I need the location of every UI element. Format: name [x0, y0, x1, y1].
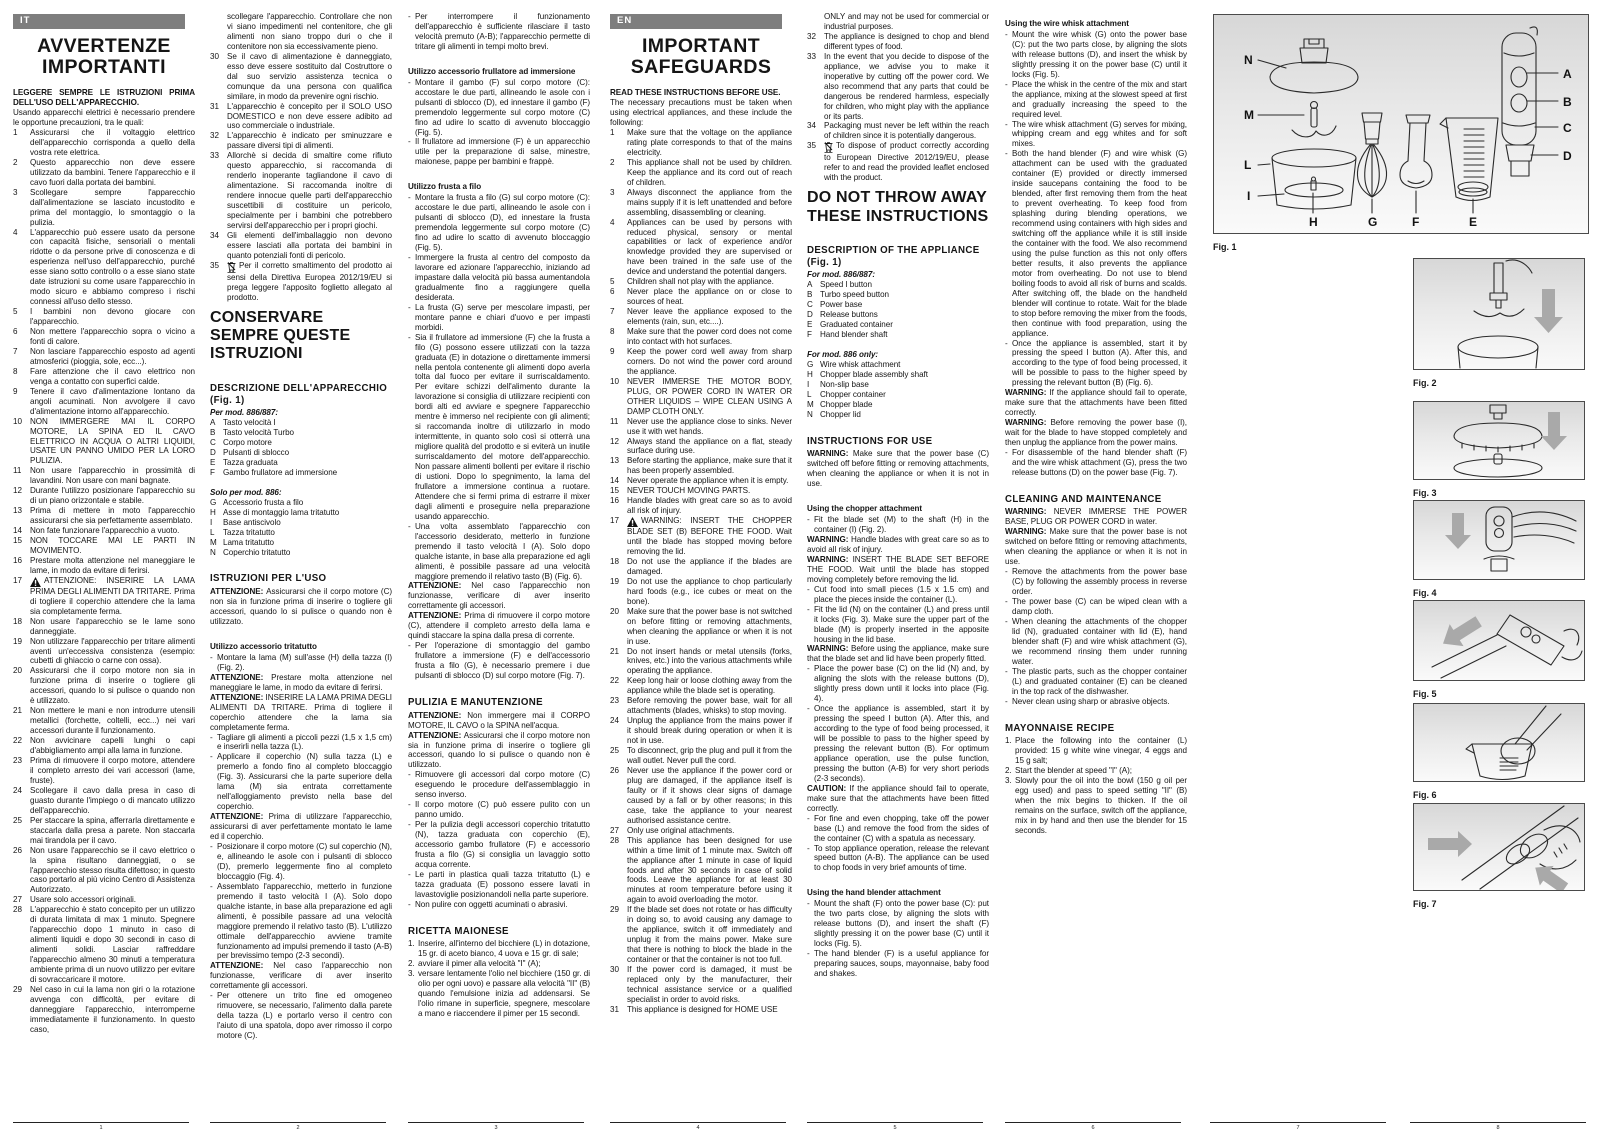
list-item: 32The appliance is designed to chop and … — [807, 32, 989, 52]
recipe-step: 3.versare lentamente l'olio nel bicchier… — [408, 969, 590, 1019]
item-number: 12 — [13, 486, 30, 506]
item-text: Do not use the appliance if the blades a… — [627, 557, 792, 577]
spacer — [210, 367, 392, 375]
legend-text: Tazza tritatutto — [223, 528, 392, 538]
list-item: 2This appliance shall not be used by chi… — [610, 158, 792, 188]
item-text: Assicurarsi che il corpo motore non sia … — [30, 666, 195, 706]
dash-marker: - — [1005, 667, 1012, 697]
item-number: 35 — [807, 141, 824, 183]
list-item: 27Usare solo accessori originali. — [13, 895, 195, 905]
item-text: Appliances can be used by persons with r… — [627, 218, 792, 278]
item-number: 28 — [13, 905, 30, 985]
list-item: -The wire whisk attachment (G) serves fo… — [1005, 120, 1187, 150]
legend-letter: H — [210, 508, 223, 518]
list-item: -Once the appliance is assembled, start … — [807, 704, 989, 784]
manual-page: { "footer": {"pages": ["1","2","3","4","… — [0, 0, 1600, 1143]
warning-paragraph: WARNING: Handle blades with great care s… — [807, 535, 989, 555]
section-heading: INSTRUCTIONS FOR USE — [807, 436, 989, 448]
item-text: This appliance has been designed for use… — [627, 836, 792, 906]
item-number: 27 — [13, 895, 30, 905]
list-item: 30Se il cavo di alimentazione è danneggi… — [210, 52, 392, 102]
legend-text: Tazza graduata — [223, 458, 392, 468]
list-item: 1Assicurarsi che il voltaggio elettrico … — [13, 128, 195, 158]
item-text: Packaging must never be left within the … — [824, 121, 989, 141]
item-number: 15 — [610, 486, 627, 496]
item-number: 11 — [610, 417, 627, 437]
figure-3-label: Fig. 3 — [1413, 488, 1583, 498]
dash-marker: - — [807, 814, 814, 844]
dash-marker: - — [807, 899, 814, 949]
list-item: 6Never place the appliance on or close t… — [610, 287, 792, 307]
legend-letter: A — [807, 280, 820, 290]
item-text: Before starting the appliance, make sure… — [627, 456, 792, 476]
list-item: 19Do not use the appliance to chop parti… — [610, 577, 792, 607]
dash-marker: - — [1005, 339, 1012, 389]
item-text: Applicare il coperchio (N) sulla tazza (… — [217, 752, 392, 812]
legend-text: Pulsanti di sblocco — [223, 448, 392, 458]
list-item: -The plastic parts, such as the chopper … — [1005, 667, 1187, 697]
legend-text: Corpo motore — [223, 438, 392, 448]
warning-paragraph: WARNING: NEVER IMMERSE THE POWER BASE, P… — [1005, 507, 1187, 527]
list-item: -The hand blender (F) is a useful applia… — [807, 949, 989, 979]
legend-text: Speed I button — [820, 280, 989, 290]
item-text: NEVER IMMERSE THE MOTOR BODY, PLUG, OR P… — [627, 377, 792, 417]
list-item: 4Appliances can be used by persons with … — [610, 218, 792, 278]
legend-item: INon-slip base — [807, 380, 989, 390]
dash-marker: - — [210, 653, 217, 673]
warning-paragraph: WARNING: Before using the appliance, mak… — [807, 644, 989, 664]
item-text: For disassemble of the hand blender shaf… — [1012, 448, 1187, 478]
item-text: NON TOCCARE MAI LE PARTI IN MOVIMENTO. — [30, 536, 195, 556]
figure-1-diagram: N M L I H G F E A B C D — [1213, 14, 1589, 234]
figure-7: Fig. 7 — [1413, 803, 1583, 909]
item-text: L'apparecchio può essere usato da person… — [30, 228, 195, 308]
warning-lead: WARNING: — [807, 535, 851, 544]
warning-paragraph: WARNING: Make sure that the power base i… — [1005, 527, 1187, 567]
item-text: Scollegare il cavo dalla presa in caso d… — [30, 786, 195, 816]
list-item: 17WARNING: INSERT THE CHOPPER BLADE SET … — [610, 516, 792, 557]
item-text: Allorchè si decida di smaltire come rifi… — [227, 151, 392, 231]
legend-text: Turbo speed button — [820, 290, 989, 300]
legend-letter: L — [210, 528, 223, 538]
item-text: Place the whisk in the centre of the mix… — [1012, 80, 1187, 120]
item-text: Le parti in plastica quali tazza tritatu… — [415, 870, 590, 900]
list-item: 14Never operate the appliance when it is… — [610, 476, 792, 486]
list-item: 12Always stand the appliance on a flat, … — [610, 437, 792, 457]
legend-letter: B — [807, 290, 820, 300]
item-number: 4 — [13, 228, 30, 308]
warning-lead: ATTENZIONE: — [408, 711, 467, 720]
part-label-I: I — [1247, 189, 1250, 203]
dash-marker: - — [1005, 120, 1012, 150]
list-item: -Montare la lama (M) sull'asse (H) della… — [210, 653, 392, 673]
legend-letter: G — [807, 360, 820, 370]
list-item: -Sia il frullatore ad immersione (F) che… — [408, 333, 590, 522]
item-number: 21 — [610, 647, 627, 677]
item-text: Place the power base (C) on the lid (N) … — [814, 664, 989, 704]
list-item: 11Never use the appliance close to sinks… — [610, 417, 792, 437]
subsection-heading: Using the hand blender attachment — [807, 888, 989, 898]
warning-lead: ATTENZIONE: — [210, 812, 269, 821]
page-number: 2 — [210, 1122, 386, 1131]
item-text: Per staccare la spina, afferrarla dirett… — [30, 816, 195, 846]
list-item: 1Make sure that the voltage on the appli… — [610, 128, 792, 158]
item-text: L'apparecchio è stato concepito per un u… — [30, 905, 195, 985]
list-item: -Mount the shaft (F) onto the power base… — [807, 899, 989, 949]
list-item: 9Keep the power cord well away from shar… — [610, 347, 792, 377]
item-text: Never leave the appliance exposed to the… — [627, 307, 792, 327]
item-number: 35 — [210, 261, 227, 303]
legend-item: IBase antiscivolo — [210, 518, 392, 528]
item-text: Assicurarsi che il voltaggio elettrico d… — [30, 128, 195, 158]
legend-item: BTurbo speed button — [807, 290, 989, 300]
main-title: DO NOT THROW AWAY THESE INSTRUCTIONS — [807, 189, 989, 226]
legend-letter: M — [807, 400, 820, 410]
list-item: -Place the power base (C) on the lid (N)… — [807, 664, 989, 704]
item-number: 32 — [210, 131, 227, 151]
legend-item: MChopper blade — [807, 400, 989, 410]
list-item: -Una volta assemblato l'apparecchio con … — [408, 522, 590, 582]
warning-lead: WARNING: — [1005, 418, 1050, 427]
legend-item: FGambo frullatore ad immersione — [210, 468, 392, 478]
legend-item: EGraduated container — [807, 320, 989, 330]
warning-lead: WARNING: — [1005, 507, 1054, 516]
warning-paragraph: ATTENZIONE: Assicurarsi che il corpo mot… — [408, 731, 590, 771]
item-text: Immergere la frusta al centro del compos… — [415, 253, 590, 303]
legend-letter: D — [807, 310, 820, 320]
item-text: The plastic parts, such as the chopper c… — [1012, 667, 1187, 697]
warning-paragraph: ATTENZIONE: Prima di utilizzare l'appare… — [210, 812, 392, 842]
list-item: 15NON TOCCARE MAI LE PARTI IN MOVIMENTO. — [13, 536, 195, 556]
item-text: L'apparecchio è indicato per sminuzzare … — [227, 131, 392, 151]
item-number: 8 — [610, 327, 627, 347]
legend-letter: I — [210, 518, 223, 528]
item-number: 19 — [13, 637, 30, 667]
continuation-paragraph: scollegare l'apparecchio. Controllare ch… — [210, 12, 392, 52]
legend-item: BTasto velocità Turbo — [210, 428, 392, 438]
legend-text: Gambo frullatore ad immersione — [223, 468, 392, 478]
item-text: Il frullatore ad immersione (F) è un app… — [415, 137, 590, 167]
item-text: Non avvicinare capelli lunghi o capi d'a… — [30, 736, 195, 756]
item-number: 33 — [210, 151, 227, 231]
list-item: -To stop appliance operation, release th… — [807, 844, 989, 874]
item-text: Montare la lama (M) sull'asse (H) della … — [217, 653, 392, 673]
item-number: 9 — [13, 387, 30, 417]
item-text: Only use original attachments. — [627, 826, 792, 836]
item-text: When cleaning the attachments of the cho… — [1012, 617, 1187, 667]
list-item: -Fit the blade set (M) to the shaft (H) … — [807, 515, 989, 535]
item-text: Before removing the power base, wait for… — [627, 696, 792, 716]
item-number: 31 — [210, 102, 227, 132]
item-text: Unplug the appliance from the mains powe… — [627, 716, 792, 746]
item-text: Never use the appliance if the power cor… — [627, 766, 792, 826]
item-text: Prestare molta attenzione nel maneggiare… — [30, 556, 195, 576]
legend-item: DRelease buttons — [807, 310, 989, 320]
item-number: 10 — [610, 377, 627, 417]
dash-marker: - — [408, 12, 415, 52]
dash-marker: - — [210, 752, 217, 812]
item-text: Non usare l'apparecchio in prossimità di… — [30, 466, 195, 486]
item-text: Non utilizzare l'apparecchio per tritare… — [30, 637, 195, 667]
step-number: 2. — [408, 959, 418, 969]
legend-text: Accessorio frusta a filo — [223, 498, 392, 508]
part-label-E: E — [1469, 215, 1477, 229]
item-number: 29 — [13, 985, 30, 1035]
list-item: 17ATTENZIONE: INSERIRE LA LAMA PRIMA DEG… — [13, 576, 195, 617]
item-number: 14 — [13, 526, 30, 536]
item-text: Non lasciare l'apparecchio esposto ad ag… — [30, 347, 195, 367]
paragraph: Usando apparecchi elettrici è necessario… — [13, 108, 195, 128]
legend-item: ATasto velocità I — [210, 418, 392, 428]
list-item: -Mount the wire whisk (G) onto the power… — [1005, 30, 1187, 80]
item-text: La frusta (G) serve per mescolare impast… — [415, 303, 590, 333]
section-heading: DESCRIZIONE DELL'APPARECCHIO (Fig. 1) — [210, 383, 392, 406]
item-text: Una volta assemblato l'apparecchio con l… — [415, 522, 590, 582]
step-text: Inserire, all'interno del bicchiere (L) … — [418, 939, 590, 959]
list-item: 4L'apparecchio può essere usato da perso… — [13, 228, 195, 308]
legend-text: Power base — [820, 300, 989, 310]
item-text: Scollegare sempre l'apparecchio dall'ali… — [30, 188, 195, 228]
figure-7-label: Fig. 7 — [1413, 899, 1583, 909]
item-number: 23 — [610, 696, 627, 716]
warning-lead: WARNING: — [807, 555, 853, 564]
weee-bin-icon — [824, 141, 833, 153]
dash-marker: - — [408, 303, 415, 333]
figure-7-diagram — [1413, 803, 1585, 891]
part-label-C: C — [1563, 121, 1572, 135]
list-item: 24Scollegare il cavo dalla presa in caso… — [13, 786, 195, 816]
page-number: 4 — [610, 1122, 786, 1131]
item-text: Per l'operazione di smontaggio del gambo… — [415, 641, 590, 681]
recipe-step: 1.Place the following into the container… — [1005, 736, 1187, 766]
legend-item: ASpeed I button — [807, 280, 989, 290]
list-item: 28L'apparecchio è stato concepito per un… — [13, 905, 195, 985]
item-text: Once the appliance is assembled, start i… — [1012, 339, 1187, 389]
weee-bin-icon — [227, 261, 236, 273]
list-item: 27Only use original attachments. — [610, 826, 792, 836]
warning-lead: ATTENZIONE: — [210, 693, 266, 702]
item-text: Once the appliance is assembled, start i… — [814, 704, 989, 784]
step-number: 3. — [408, 969, 418, 1019]
legend-letter: D — [210, 448, 223, 458]
list-item: 14Non fate funzionare l'apparecchio a vu… — [13, 526, 195, 536]
figure-4-label: Fig. 4 — [1413, 588, 1583, 598]
subsection-heading: Utilizzo accessorio frullatore ad immers… — [408, 67, 590, 77]
item-text: Prima di rimuovere il corpo motore, atte… — [30, 756, 195, 786]
list-item: 20Make sure that the power base is not s… — [610, 607, 792, 647]
dash-marker: - — [408, 137, 415, 167]
continuation-paragraph: ONLY and may not be used for commercial … — [807, 12, 989, 32]
item-number: 31 — [610, 1005, 627, 1015]
list-item: 19Non utilizzare l'apparecchio per trita… — [13, 637, 195, 667]
item-number: 2 — [13, 158, 30, 188]
item-number: 8 — [13, 367, 30, 387]
page-number: 3 — [408, 1122, 584, 1131]
warning-lead: CAUTION: — [807, 784, 850, 793]
list-item: -Cut food into small pieces (1.5 x 1.5 c… — [807, 585, 989, 605]
item-text: Handle blades with great care so as to a… — [627, 496, 792, 516]
item-number: 9 — [610, 347, 627, 377]
step-text: Slowly pour the oil into the bowl (150 g… — [1015, 776, 1187, 836]
subsection-heading: Utilizzo accessorio tritatutto — [210, 642, 392, 652]
warning-lead: ATTENZIONE: — [408, 611, 464, 620]
step-text: versare lentamente l'olio nel bicchiere … — [418, 969, 590, 1019]
warning-lead: ATTENZIONE: — [210, 587, 266, 596]
legend-item: HAsse di montaggio lama tritatutto — [210, 508, 392, 518]
item-number: 1 — [13, 128, 30, 158]
list-item: -Both the hand blender (F) and wire whis… — [1005, 149, 1187, 338]
legend-item: GWire whisk attachment — [807, 360, 989, 370]
item-text: Cut food into small pieces (1.5 x 1.5 cm… — [814, 585, 989, 605]
item-number: 10 — [13, 417, 30, 467]
figure-2-diagram — [1413, 258, 1585, 370]
list-item: -Immergere la frusta al centro del compo… — [408, 253, 590, 303]
legend-text: Non-slip base — [820, 380, 989, 390]
subsection-heading: Using the wire whisk attachment — [1005, 19, 1187, 29]
item-text: If the power cord is damaged, it must be… — [627, 965, 792, 1005]
subsection-heading: Using the chopper attachment — [807, 504, 989, 514]
item-text: To dispose of product correctly accordin… — [824, 141, 989, 183]
list-item: -Per interrompere il funzionamento dell'… — [408, 12, 590, 52]
dash-marker: - — [408, 78, 415, 138]
legend-text: Chopper container — [820, 390, 989, 400]
spacer — [408, 167, 590, 175]
list-item: 18Do not use the appliance if the blades… — [610, 557, 792, 577]
list-item: -Remove the attachments from the power b… — [1005, 567, 1187, 597]
step-number: 1. — [1005, 736, 1015, 766]
dash-marker: - — [1005, 80, 1012, 120]
item-number: 24 — [13, 786, 30, 816]
item-number: 4 — [610, 218, 627, 278]
list-item: 23Before removing the power base, wait f… — [610, 696, 792, 716]
dash-marker: - — [408, 770, 415, 800]
legend-letter: L — [807, 390, 820, 400]
list-item: 18Non usare l'apparecchio se le lame son… — [13, 617, 195, 637]
list-item: 20Assicurarsi che il corpo motore non si… — [13, 666, 195, 706]
page-number: 1 — [13, 1122, 189, 1131]
item-text: Never place the appliance on or close to… — [627, 287, 792, 307]
list-item: 3Always disconnect the appliance from th… — [610, 188, 792, 218]
legend-item: FHand blender shaft — [807, 330, 989, 340]
list-item: 25Per staccare la spina, afferrarla dire… — [13, 816, 195, 846]
item-text: Per ottenere un trito fine ed omogeneo r… — [217, 991, 392, 1041]
legend-letter: F — [210, 468, 223, 478]
list-item: 3Scollegare sempre l'apparecchio dall'al… — [13, 188, 195, 228]
legend-item: CCorpo motore — [210, 438, 392, 448]
part-label-M: M — [1244, 108, 1254, 122]
item-text: Rimuovere gli accessori dal corpo motore… — [415, 770, 590, 800]
warning-lead: WARNING: — [1005, 527, 1050, 536]
warning-paragraph: ATTENZIONE: Non immergere mai il CORPO M… — [408, 711, 590, 731]
item-number: 33 — [807, 52, 824, 122]
figure-3: Fig. 3 — [1413, 401, 1583, 498]
item-number: 7 — [13, 347, 30, 367]
legend-item: DPulsanti di sblocco — [210, 448, 392, 458]
item-text: Montare la frusta a filo (G) sul corpo m… — [415, 193, 590, 253]
list-item: 9Tenere il cavo d'alimentazione lontano … — [13, 387, 195, 417]
list-item: 21Non mettere le mani e non introdurre u… — [13, 706, 195, 736]
item-text: Never use the appliance close to sinks. … — [627, 417, 792, 437]
list-item: -For disassemble of the hand blender sha… — [1005, 448, 1187, 478]
item-text: The power base (C) can be wiped clean wi… — [1012, 597, 1187, 617]
dash-marker: - — [1005, 697, 1012, 707]
warning-paragraph: ATTENZIONE: Assicurarsi che il corpo mot… — [210, 587, 392, 627]
item-text: Non usare l'apparecchio se le lame sono … — [30, 617, 195, 637]
list-item: 6Non mettere l'apparecchio sopra o vicin… — [13, 327, 195, 347]
warning-paragraph: ATTENZIONE: INSERIRE LA LAMA PRIMA DEGLI… — [210, 693, 392, 733]
section-heading: MAYONNAISE RECIPE — [1005, 723, 1187, 735]
spacer — [807, 873, 989, 881]
item-number: 20 — [610, 607, 627, 647]
legend-letter: C — [210, 438, 223, 448]
figure-1: N M L I H G F E A B C D Fig. 1 — [1213, 14, 1587, 252]
item-number: 34 — [807, 121, 824, 141]
dash-marker: - — [1005, 617, 1012, 667]
item-text: Fit the blade set (M) to the shaft (H) i… — [814, 515, 989, 535]
warning-paragraph: ATTENZIONE: Nel caso l'apparecchio non f… — [210, 961, 392, 991]
item-number: 29 — [610, 905, 627, 965]
figure-6-label: Fig. 6 — [1413, 790, 1583, 800]
item-text: In the event that you decide to dispose … — [824, 52, 989, 122]
legend-letter: B — [210, 428, 223, 438]
spacer — [1005, 478, 1187, 486]
column-it-2: scollegare l'apparecchio. Controllare ch… — [210, 12, 392, 1120]
legend-letter: E — [210, 458, 223, 468]
column-en-2: ONLY and may not be used for commercial … — [807, 12, 989, 1120]
list-item: 22Non avvicinare capelli lunghi o capi d… — [13, 736, 195, 756]
language-badge: EN — [610, 14, 782, 29]
item-number: 30 — [210, 52, 227, 102]
column-en-1: ENIMPORTANT SAFEGUARDSREAD THESE INSTRUC… — [610, 12, 792, 1120]
item-text: Keep the power cord well away from sharp… — [627, 347, 792, 377]
list-item: 7Never leave the appliance exposed to th… — [610, 307, 792, 327]
legend-letter: N — [210, 548, 223, 558]
list-item: 5Children shall not play with the applia… — [610, 277, 792, 287]
list-item: -Il corpo motore (C) può essere pulito c… — [408, 800, 590, 820]
warning-triangle-icon — [627, 517, 638, 527]
item-text: NON IMMERGERE MAI IL CORPO MOTORE, LA SP… — [30, 417, 195, 467]
dash-marker: - — [408, 800, 415, 820]
item-text: Non pulire con oggetti acuminati o abras… — [415, 900, 590, 910]
list-item: 7Non lasciare l'apparecchio esposto ad a… — [13, 347, 195, 367]
list-item: 31This appliance is designed for HOME US… — [610, 1005, 792, 1015]
item-number: 18 — [610, 557, 627, 577]
page-number: 7 — [1210, 1122, 1386, 1131]
figure-6-diagram — [1413, 703, 1585, 782]
item-text: Prima di mettere in moto l'apparecchio a… — [30, 506, 195, 526]
list-item: 28This appliance has been designed for u… — [610, 836, 792, 906]
legend-item: HChopper blade assembly shaft — [807, 370, 989, 380]
figure-2: Fig. 2 — [1413, 258, 1583, 388]
warning-lead: WARNING: — [1005, 388, 1049, 397]
item-text: Make sure that the voltage on the applia… — [627, 128, 792, 158]
list-item: -Montare la frusta a filo (G) sul corpo … — [408, 193, 590, 253]
item-number: 25 — [13, 816, 30, 846]
list-item: -La frusta (G) serve per mescolare impas… — [408, 303, 590, 333]
warning-lead: WARNING: — [807, 449, 853, 458]
section-heading: ISTRUZIONI PER L'USO — [210, 573, 392, 585]
item-text: I bambini non devono giocare con l'appar… — [30, 307, 195, 327]
legend-letter: C — [807, 300, 820, 310]
main-title: AVVERTENZE IMPORTANTI — [13, 36, 195, 80]
list-item: -Per l'operazione di smontaggio del gamb… — [408, 641, 590, 681]
legend-text: Chopper blade — [820, 400, 989, 410]
item-number: 13 — [610, 456, 627, 476]
list-item: 13Before starting the appliance, make su… — [610, 456, 792, 476]
item-number: 21 — [13, 706, 30, 736]
dash-marker: - — [1005, 149, 1012, 338]
figure-6: Fig. 6 — [1413, 703, 1583, 800]
